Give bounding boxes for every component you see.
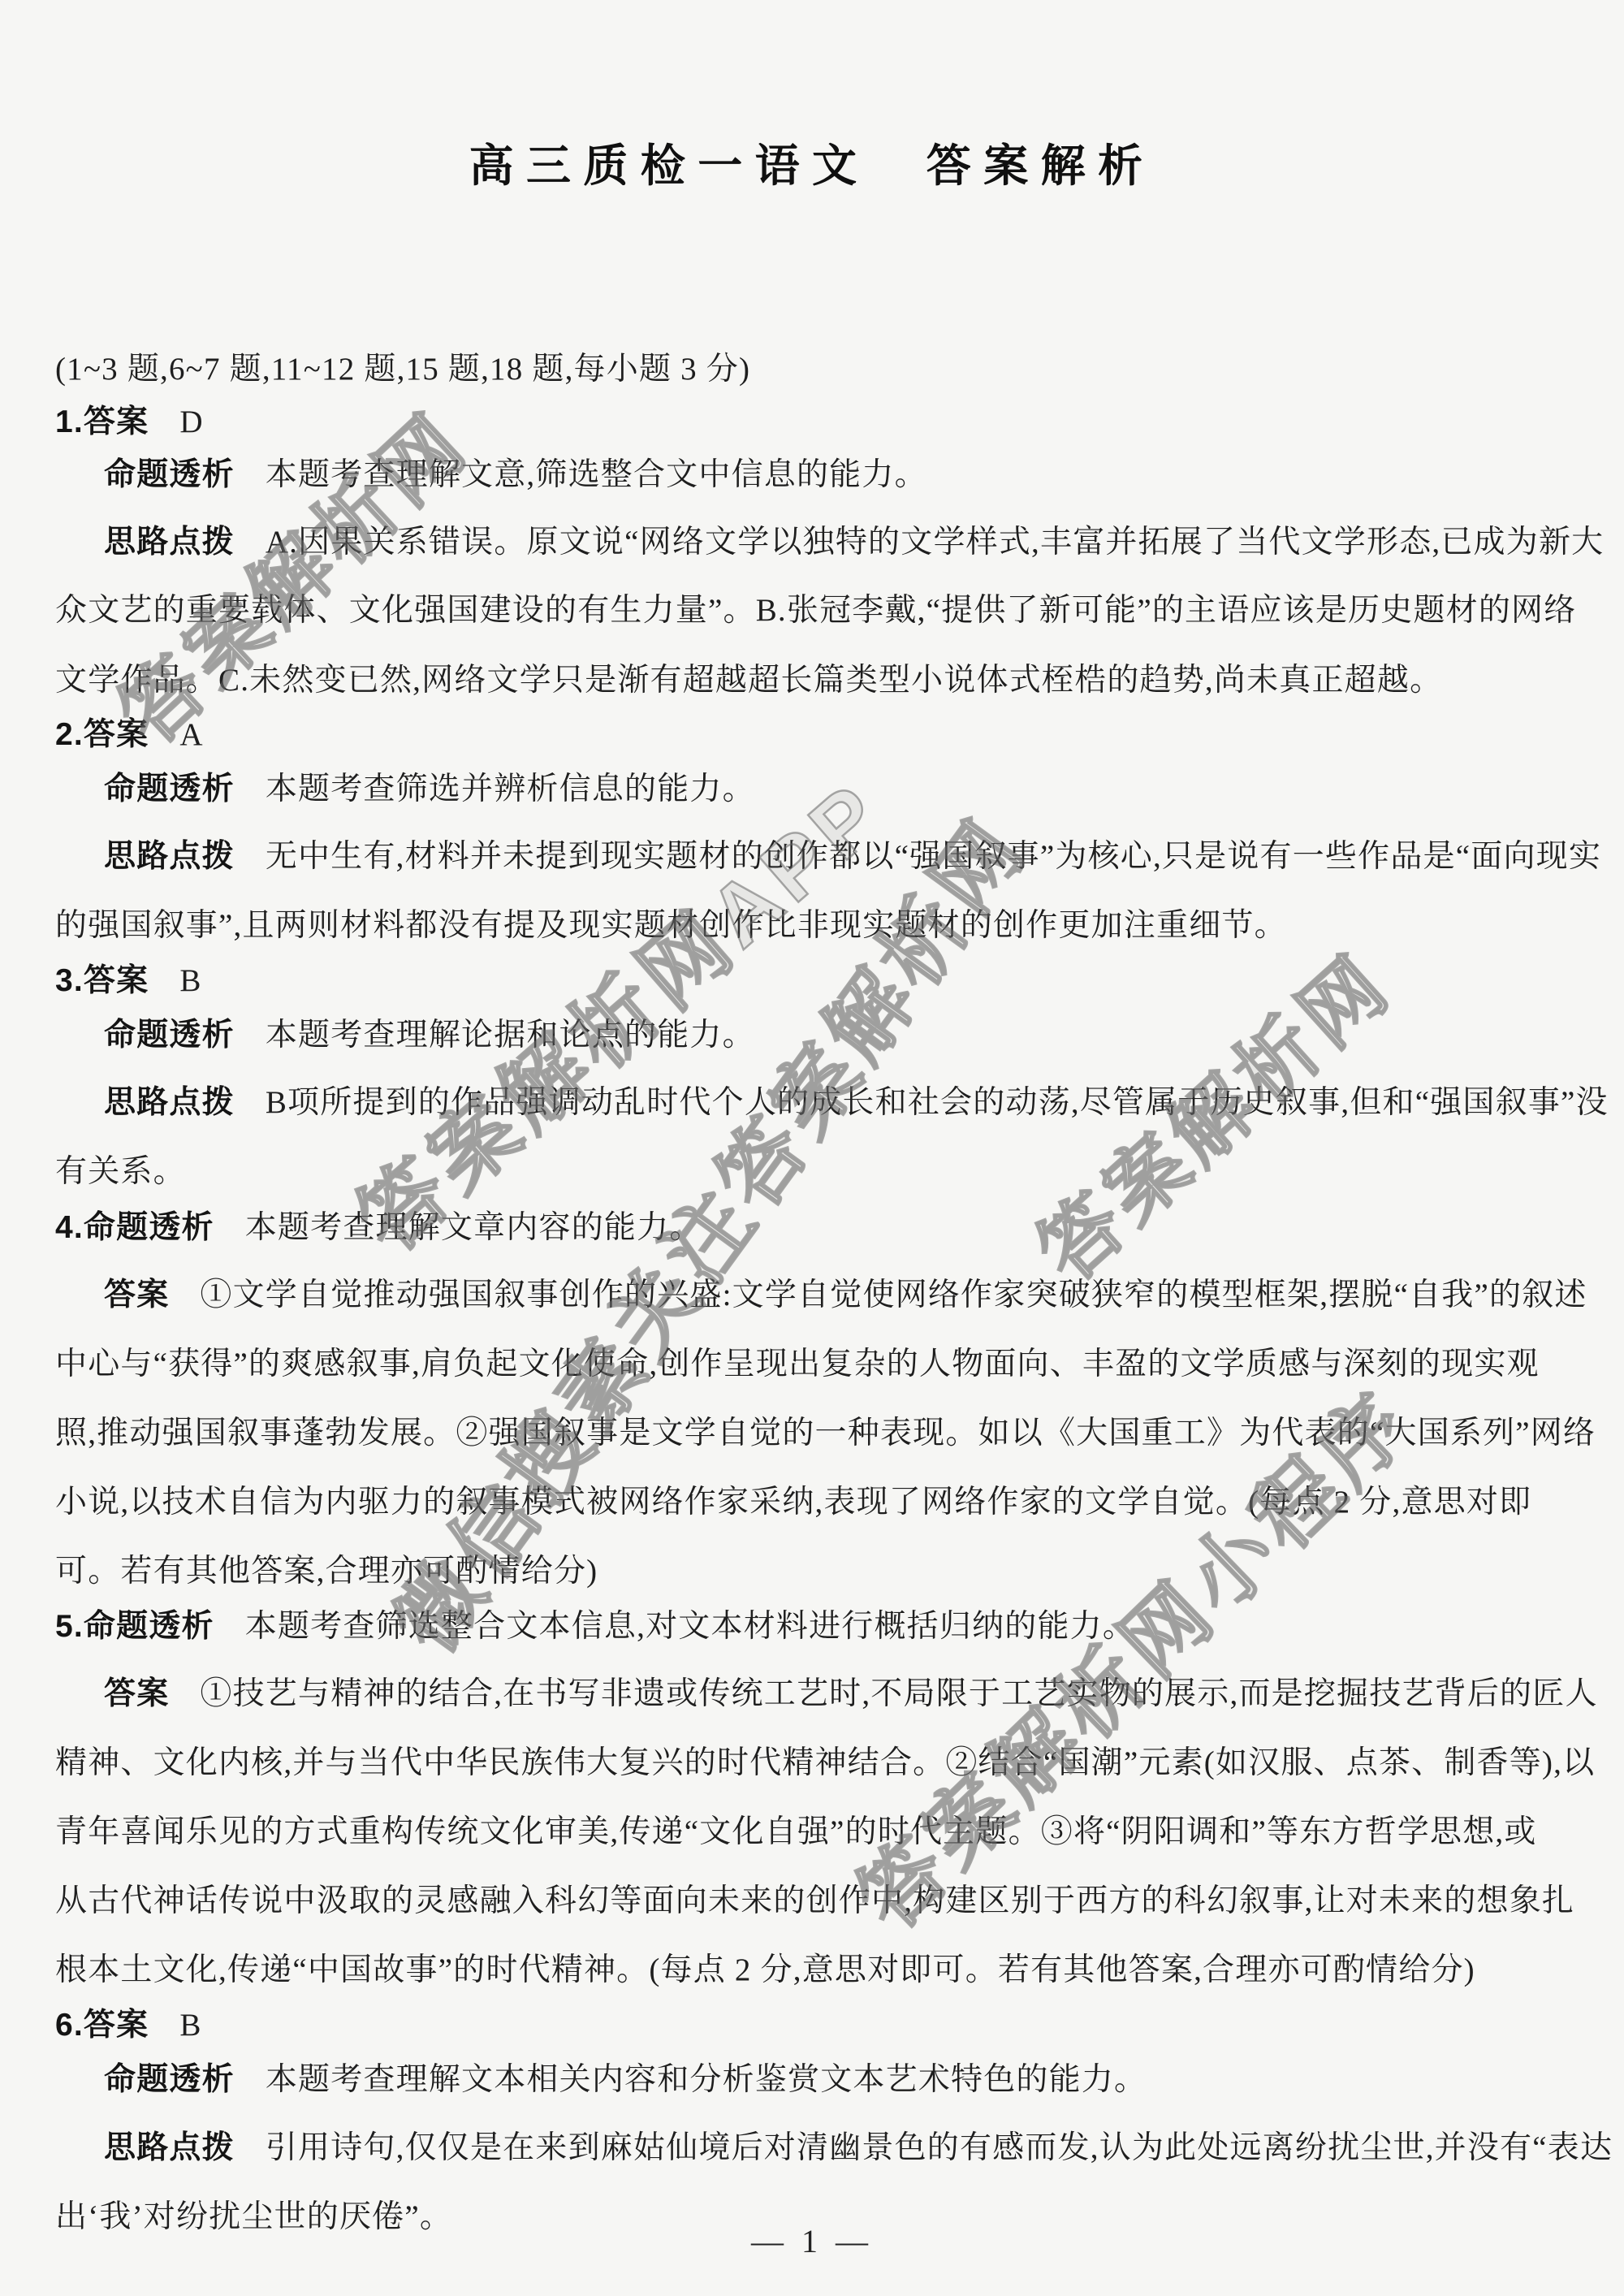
text-line: 小说,以技术自信为内驱力的叙事模式被网络作家采纳,表现了网络作家的文学自觉。(每… (55, 1483, 1571, 1522)
text-line: 答案①文学自觉推动强国叙事创作的兴盛:文学自觉使网络作家突破狭窄的模型框架,摆脱… (104, 1276, 1571, 1315)
line-label: 答案 (104, 1278, 169, 1312)
text-line: 命题透析本题考查理解文本相关内容和分析鉴赏文本艺术特色的能力。 (104, 2060, 1571, 2099)
text-line: 文学作品。C.未然变已然,网络文学只是渐有超越超长篇类型小说体式桎梏的趋势,尚未… (55, 661, 1571, 700)
text-line: 思路点拨无中生有,材料并未提到现实题材的创作都以“强国叙事”为核心,只是说有一些… (104, 837, 1571, 876)
line-label: 思路点拨 (104, 2130, 235, 2165)
line-text: 青年喜闻乐见的方式重构传统文化审美,传递“文化自强”的时代主题。③将“阴阳调和”… (55, 1814, 1537, 1849)
document-title: 高三质检一语文 答案解析 (0, 130, 1624, 194)
text-line: 思路点拨引用诗句,仅仅是在来到麻姑仙境后对清幽景色的有感而发,认为此处远离纷扰尘… (104, 2129, 1571, 2168)
line-label: 思路点拨 (104, 1085, 235, 1120)
line-label: 命题透析 (104, 1018, 235, 1053)
text-line: 4.命题透析本题考查理解文章内容的能力。 (55, 1209, 1571, 1247)
text-line: 可。若有其他答案,合理亦可酌情给分) (55, 1552, 1571, 1591)
line-text: 无中生有,材料并未提到现实题材的创作都以“强国叙事”为核心,只是说有一些作品是“… (266, 839, 1601, 874)
line-text: 本题考查理解文章内容的能力。 (245, 1210, 702, 1245)
line-label: 1.答案 (55, 404, 149, 439)
line-text: 本题考查理解文意,筛选整合文中信息的能力。 (266, 457, 927, 492)
line-text: D (179, 404, 203, 439)
text-line: 3.答案B (55, 962, 1571, 1001)
text-line: 照,推动强国叙事蓬勃发展。②强国叙事是文学自觉的一种表现。如以《大国重工》为代表… (55, 1414, 1571, 1453)
line-text: (1~3 题,6~7 题,11~12 题,15 题,18 题,每小题 3 分) (55, 352, 750, 387)
line-text: 小说,以技术自信为内驱力的叙事模式被网络作家采纳,表现了网络作家的文学自觉。(每… (55, 1485, 1531, 1520)
line-text: 本题考查筛选并辨析信息的能力。 (266, 772, 755, 806)
text-line: 6.答案B (55, 2006, 1571, 2045)
line-label: 答案 (104, 1676, 169, 1711)
line-label: 思路点拨 (104, 839, 235, 874)
text-line: 思路点拨B项所提到的作品强调动乱时代个人的成长和社会的动荡,尽管属于历史叙事,但… (104, 1083, 1571, 1122)
text-line: 根本土文化,传递“中国故事”的时代精神。(每点 2 分,意思对即可。若有其他答案… (55, 1951, 1571, 1990)
text-line: 1.答案D (55, 403, 1571, 442)
line-text: ①技艺与精神的结合,在书写非遗或传统工艺时,不局限于工艺实物的展示,而是挖掘技艺… (200, 1676, 1597, 1711)
text-line: 命题透析本题考查理解文意,筛选整合文中信息的能力。 (104, 456, 1571, 495)
text-line: 精神、文化内核,并与当代中华民族伟大复兴的时代精神结合。②结合“国潮”元素(如汉… (55, 1744, 1571, 1783)
text-line: 命题透析本题考查理解论据和论点的能力。 (104, 1016, 1571, 1055)
line-text: B (179, 963, 201, 998)
line-label: 命题透析 (104, 772, 235, 806)
text-line: 2.答案A (55, 716, 1571, 755)
line-text: B项所提到的作品强调动乱时代个人的成长和社会的动荡,尽管属于历史叙事,但和“强国… (266, 1085, 1609, 1120)
text-line: 思路点拨A.因果关系错误。原文说“网络文学以独特的文学样式,丰富并拓展了当代文学… (104, 523, 1571, 562)
page-number: — 1 — (0, 2222, 1624, 2260)
line-label: 6.答案 (55, 2008, 149, 2043)
text-line: 的强国叙事”,且两则材料都没有提及现实题材创作比非现实题材的创作更加注重细节。 (55, 906, 1571, 945)
text-line: (1~3 题,6~7 题,11~12 题,15 题,18 题,每小题 3 分) (55, 350, 1571, 389)
text-line: 从古代神话传说中汲取的灵感融入科幻等面向未来的创作中,构建区别于西方的科幻叙事,… (55, 1882, 1571, 1921)
line-text: 照,推动强国叙事蓬勃发展。②强国叙事是文学自觉的一种表现。如以《大国重工》为代表… (55, 1416, 1596, 1451)
line-label: 2.答案 (55, 717, 149, 752)
line-text: 有关系。 (55, 1154, 186, 1189)
line-text: B (179, 2008, 201, 2043)
line-text: 众文艺的重要载体、文化强国建设的有生力量”。B.张冠李戴,“提供了新可能”的主语… (55, 593, 1576, 628)
line-text: ①文学自觉推动强国叙事创作的兴盛:文学自觉使网络作家突破狭窄的模型框架,摆脱“自… (200, 1278, 1587, 1312)
line-text: 从古代神话传说中汲取的灵感融入科幻等面向未来的创作中,构建区别于西方的科幻叙事,… (55, 1883, 1574, 1918)
line-label: 命题透析 (104, 457, 235, 492)
line-text: 的强国叙事”,且两则材料都没有提及现实题材创作比非现实题材的创作更加注重细节。 (55, 908, 1287, 943)
line-text: 可。若有其他答案,合理亦可酌情给分) (55, 1554, 598, 1589)
text-line: 青年喜闻乐见的方式重构传统文化审美,传递“文化自强”的时代主题。③将“阴阳调和”… (55, 1813, 1571, 1852)
line-text: 根本土文化,传递“中国故事”的时代精神。(每点 2 分,意思对即可。若有其他答案… (55, 1952, 1475, 1987)
text-line: 5.命题透析本题考查筛选整合文本信息,对文本材料进行概括归纳的能力。 (55, 1607, 1571, 1646)
text-line: 命题透析本题考查筛选并辨析信息的能力。 (104, 770, 1571, 809)
line-label: 3.答案 (55, 963, 149, 998)
line-text: A (179, 717, 203, 752)
line-text: 中心与“获得”的爽感叙事,肩负起文化使命,创作呈现出复杂的人物面向、丰盈的文学质… (55, 1347, 1540, 1381)
line-text: 引用诗句,仅仅是在来到麻姑仙境后对清幽景色的有感而发,认为此处远离纷扰尘世,并没… (266, 2130, 1613, 2165)
line-label: 4.命题透析 (55, 1210, 214, 1245)
text-line: 有关系。 (55, 1152, 1571, 1191)
text-line: 答案①技艺与精神的结合,在书写非遗或传统工艺时,不局限于工艺实物的展示,而是挖掘… (104, 1675, 1571, 1714)
line-label: 5.命题透析 (55, 1609, 214, 1644)
line-label: 命题透析 (104, 2062, 235, 2097)
line-text: 精神、文化内核,并与当代中华民族伟大复兴的时代精神结合。②结合“国潮”元素(如汉… (55, 1745, 1595, 1780)
line-label: 思路点拨 (104, 525, 235, 560)
text-line: 中心与“获得”的爽感叙事,肩负起文化使命,创作呈现出复杂的人物面向、丰盈的文学质… (55, 1345, 1571, 1384)
document-page: 高三质检一语文 答案解析 (1~3 题,6~7 题,11~12 题,15 题,1… (0, 0, 1624, 2296)
line-text: 本题考查理解文本相关内容和分析鉴赏文本艺术特色的能力。 (266, 2062, 1147, 2097)
line-text: 文学作品。C.未然变已然,网络文学只是渐有超越超长篇类型小说体式桎梏的趋势,尚未… (55, 663, 1442, 698)
watermark-text: 答案解析网APP (326, 747, 907, 1275)
line-text: A.因果关系错误。原文说“网络文学以独特的文学样式,丰富并拓展了当代文学形态,已… (266, 525, 1605, 560)
text-line: 众文艺的重要载体、文化强国建设的有生力量”。B.张冠李戴,“提供了新可能”的主语… (55, 591, 1571, 630)
line-text: 本题考查筛选整合文本信息,对文本材料进行概括归纳的能力。 (245, 1609, 1135, 1644)
line-text: 本题考查理解论据和论点的能力。 (266, 1018, 755, 1053)
